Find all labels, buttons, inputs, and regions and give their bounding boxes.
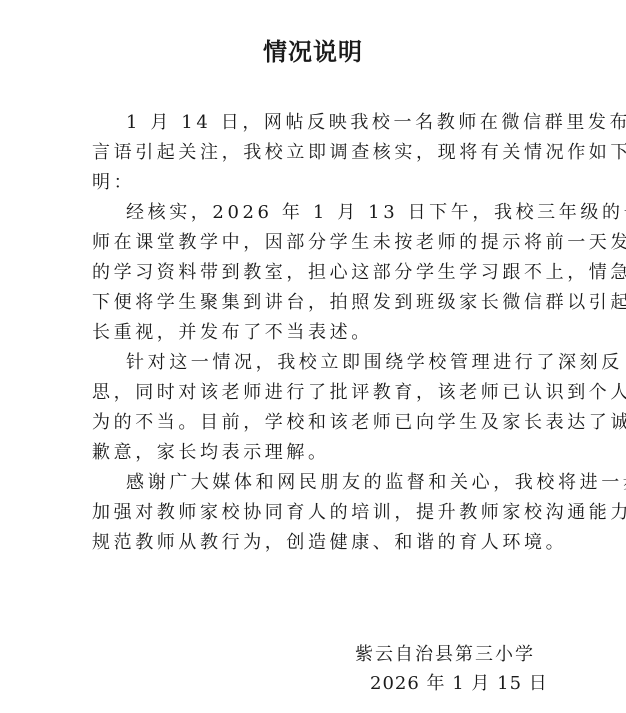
text-line: 加强对教师家校协同育人的培训，提升教师家校沟通能力， <box>92 498 532 528</box>
paragraph-4: 感谢广大媒体和网民朋友的监督和关心，我校将进一步 加强对教师家校协同育人的培训，… <box>92 468 532 558</box>
text-line: 思，同时对该老师进行了批评教育，该老师已认识到个人行 <box>92 378 532 408</box>
text-line: 言语引起关注，我校立即调查核实，现将有关情况作如下说 <box>92 138 532 168</box>
text-line: 经核实，2026 年 1 月 13 日下午，我校三年级的一名教 <box>92 198 532 228</box>
paragraph-3: 针对这一情况，我校立即围绕学校管理进行了深刻反 思，同时对该老师进行了批评教育，… <box>92 348 532 468</box>
text-line: 为的不当。目前，学校和该老师已向学生及家长表达了诚挚 <box>92 408 532 438</box>
document-title: 情况说明 <box>0 32 626 67</box>
text-line: 明： <box>92 168 532 198</box>
paragraph-1: 1 月 14 日，网帖反映我校一名教师在微信群里发布不当 言语引起关注，我校立即… <box>92 108 532 198</box>
document-body: 1 月 14 日，网帖反映我校一名教师在微信群里发布不当 言语引起关注，我校立即… <box>92 108 532 558</box>
signature-date: 2026 年 1 月 15 日 <box>370 669 548 695</box>
text-line: 的学习资料带到教室，担心这部分学生学习跟不上，情急之 <box>92 258 532 288</box>
paragraph-2: 经核实，2026 年 1 月 13 日下午，我校三年级的一名教 师在课堂教学中，… <box>92 198 532 348</box>
text-line: 师在课堂教学中，因部分学生未按老师的提示将前一天发放 <box>92 228 532 258</box>
signature: 紫云自治县第三小学 <box>355 640 535 666</box>
text-line: 下便将学生聚集到讲台，拍照发到班级家长微信群以引起家 <box>92 288 532 318</box>
text-line: 歉意，家长均表示理解。 <box>92 438 532 468</box>
text-line: 规范教师从教行为，创造健康、和谐的育人环境。 <box>92 528 532 558</box>
text-line: 长重视，并发布了不当表述。 <box>92 318 532 348</box>
text-line: 针对这一情况，我校立即围绕学校管理进行了深刻反 <box>92 348 532 378</box>
text-line: 1 月 14 日，网帖反映我校一名教师在微信群里发布不当 <box>92 108 532 138</box>
text-line: 感谢广大媒体和网民朋友的监督和关心，我校将进一步 <box>92 468 532 498</box>
